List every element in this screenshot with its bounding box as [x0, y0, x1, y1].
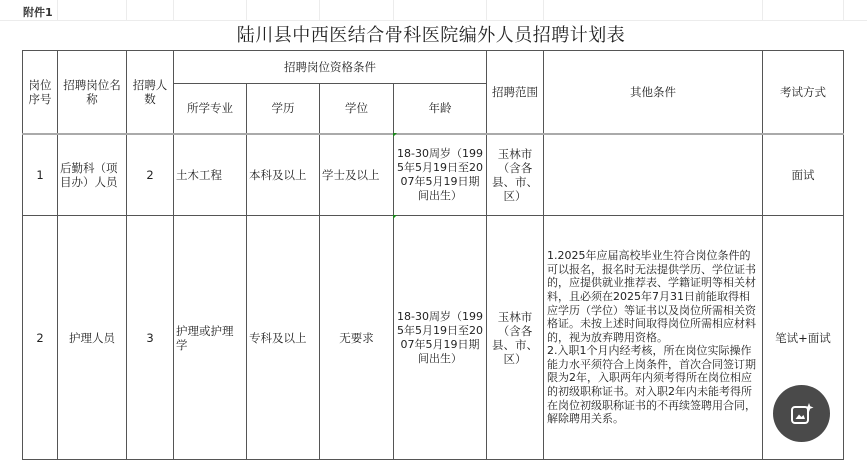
cell-comment-marker: [393, 215, 397, 219]
cell-position-name[interactable]: 后勤科（项目办）人员: [58, 134, 127, 216]
cell-age[interactable]: 18-30周岁（1995年5月19日至2007年5月19日期间出生）: [394, 216, 487, 460]
cell-seq[interactable]: 1: [23, 134, 58, 216]
grid-line: [173, 0, 174, 20]
condition-item-2: 2.入职1个月内经考核，所在岗位实际操作能力水平须符合上岗条件，首次合同签订期限…: [547, 344, 759, 426]
table-row: 2 护理人员 3 护理或护理学 专科及以上 无要求 18-30周岁（1995年5…: [23, 216, 844, 460]
table-row: 1 后勤科（项目办）人员 2 土木工程 本科及以上 学士及以上 18-30周岁（…: [23, 134, 844, 216]
header-major: 所学专业: [174, 84, 247, 134]
cell-count[interactable]: 2: [127, 134, 174, 216]
cell-comment-marker: [393, 133, 397, 137]
grid-line: [246, 0, 247, 20]
recruitment-plan-table: 岗位序号 招聘岗位名称 招聘人数 招聘岗位资格条件 招聘范围 其他条件 考试方式…: [22, 50, 844, 460]
attachment-label: 附件1: [23, 4, 53, 20]
cell-major[interactable]: 护理或护理学: [174, 216, 247, 460]
cell-education[interactable]: 专科及以上: [247, 216, 320, 460]
cell-age[interactable]: 18-30周岁（1995年5月19日至2007年5月19日期间出生）: [394, 134, 487, 216]
header-age: 年龄: [394, 84, 487, 134]
cell-scope[interactable]: 玉林市（含各县、市、区）: [487, 134, 544, 216]
grid-line: [393, 0, 394, 20]
header-seq: 岗位序号: [23, 51, 58, 134]
header-education: 学历: [247, 84, 320, 134]
grid-line: [486, 0, 487, 20]
cell-position-name[interactable]: 护理人员: [58, 216, 127, 460]
header-qualifications-group: 招聘岗位资格条件: [174, 51, 487, 84]
header-scope: 招聘范围: [487, 51, 544, 134]
cell-degree[interactable]: 学士及以上: [320, 134, 394, 216]
cell-other-conditions[interactable]: [544, 134, 763, 216]
cell-seq[interactable]: 2: [23, 216, 58, 460]
header-degree: 学位: [320, 84, 394, 134]
grid-line: [319, 0, 320, 20]
header-other-conditions: 其他条件: [544, 51, 763, 134]
cell-scope[interactable]: 玉林市（含各县、市、区）: [487, 216, 544, 460]
cell-other-conditions[interactable]: 1.2025年应届高校毕业生符合岗位条件的可以报名，报名时无法提供学历、学位证书…: [544, 216, 763, 460]
cell-count[interactable]: 3: [127, 216, 174, 460]
header-count: 招聘人数: [127, 51, 174, 134]
grid-line: [543, 0, 544, 20]
spreadsheet-gridlines: [0, 0, 867, 21]
grid-line: [57, 0, 58, 20]
condition-item-1: 1.2025年应届高校毕业生符合岗位条件的可以报名，报名时无法提供学历、学位证书…: [547, 249, 759, 344]
page-title: 陆川县中西医结合骨科医院编外人员招聘计划表: [22, 22, 840, 50]
image-sparkle-icon: [789, 401, 815, 427]
grid-line: [843, 0, 844, 20]
grid-line: [762, 0, 763, 20]
header-exam-method: 考试方式: [763, 51, 844, 134]
cell-major[interactable]: 土木工程: [174, 134, 247, 216]
grid-line: [126, 0, 127, 20]
header-position-name: 招聘岗位名称: [58, 51, 127, 134]
cell-education[interactable]: 本科及以上: [247, 134, 320, 216]
cell-exam-method[interactable]: 面试: [763, 134, 844, 216]
cell-degree[interactable]: 无要求: [320, 216, 394, 460]
image-ai-floating-button[interactable]: [773, 385, 830, 442]
